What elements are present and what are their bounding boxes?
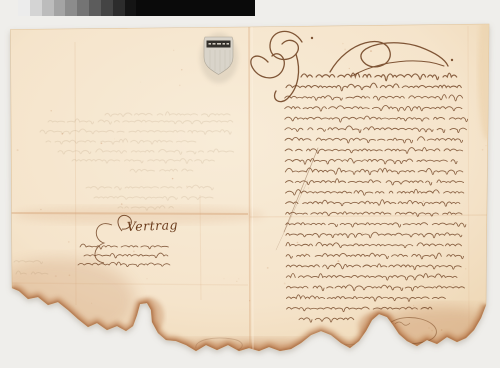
speck xyxy=(370,50,372,52)
speck xyxy=(236,281,237,282)
speck xyxy=(371,121,372,122)
speck xyxy=(19,306,20,307)
speck xyxy=(61,133,63,135)
speck xyxy=(267,267,269,269)
speck xyxy=(308,187,310,189)
speck xyxy=(284,283,286,285)
speck xyxy=(441,329,443,331)
speck xyxy=(224,278,225,279)
speck xyxy=(429,328,430,329)
speck xyxy=(69,274,71,276)
speck xyxy=(192,132,193,133)
speck xyxy=(297,242,299,244)
speck xyxy=(305,253,307,255)
speck xyxy=(179,85,180,86)
speck xyxy=(173,50,174,51)
speck xyxy=(465,268,466,269)
speck xyxy=(348,276,350,278)
speck xyxy=(482,149,484,151)
speck xyxy=(120,216,121,217)
speck xyxy=(55,275,57,277)
speck xyxy=(140,82,141,83)
speck xyxy=(51,110,52,111)
speck xyxy=(337,260,339,262)
speck xyxy=(95,328,97,330)
archive-photo: Vertrag xyxy=(0,0,500,368)
speck xyxy=(314,170,315,171)
speck xyxy=(91,303,92,304)
speck xyxy=(40,209,42,211)
endorsement-title: Vertrag xyxy=(127,217,179,234)
speck xyxy=(96,252,97,253)
speck xyxy=(238,278,239,279)
speck xyxy=(423,200,425,202)
speck xyxy=(186,186,187,187)
speck xyxy=(101,142,103,144)
speck xyxy=(114,138,115,139)
speck xyxy=(147,278,148,279)
speck xyxy=(485,145,486,146)
speck xyxy=(382,99,383,100)
speck xyxy=(17,149,19,151)
speck xyxy=(453,284,455,286)
speck xyxy=(344,49,346,51)
speck xyxy=(68,241,70,243)
speck xyxy=(249,300,250,301)
speck xyxy=(121,203,123,205)
speck xyxy=(22,295,24,297)
speck xyxy=(133,251,135,253)
speck xyxy=(139,308,140,309)
speck xyxy=(362,232,363,233)
speck xyxy=(342,43,343,44)
manuscript-photo: Vertrag xyxy=(0,0,500,368)
speck xyxy=(431,330,433,332)
speck xyxy=(181,69,182,70)
speck xyxy=(413,305,414,306)
speck xyxy=(349,68,350,69)
speck xyxy=(146,329,148,331)
archive-stamp-icon xyxy=(200,33,238,83)
speck xyxy=(172,178,173,179)
